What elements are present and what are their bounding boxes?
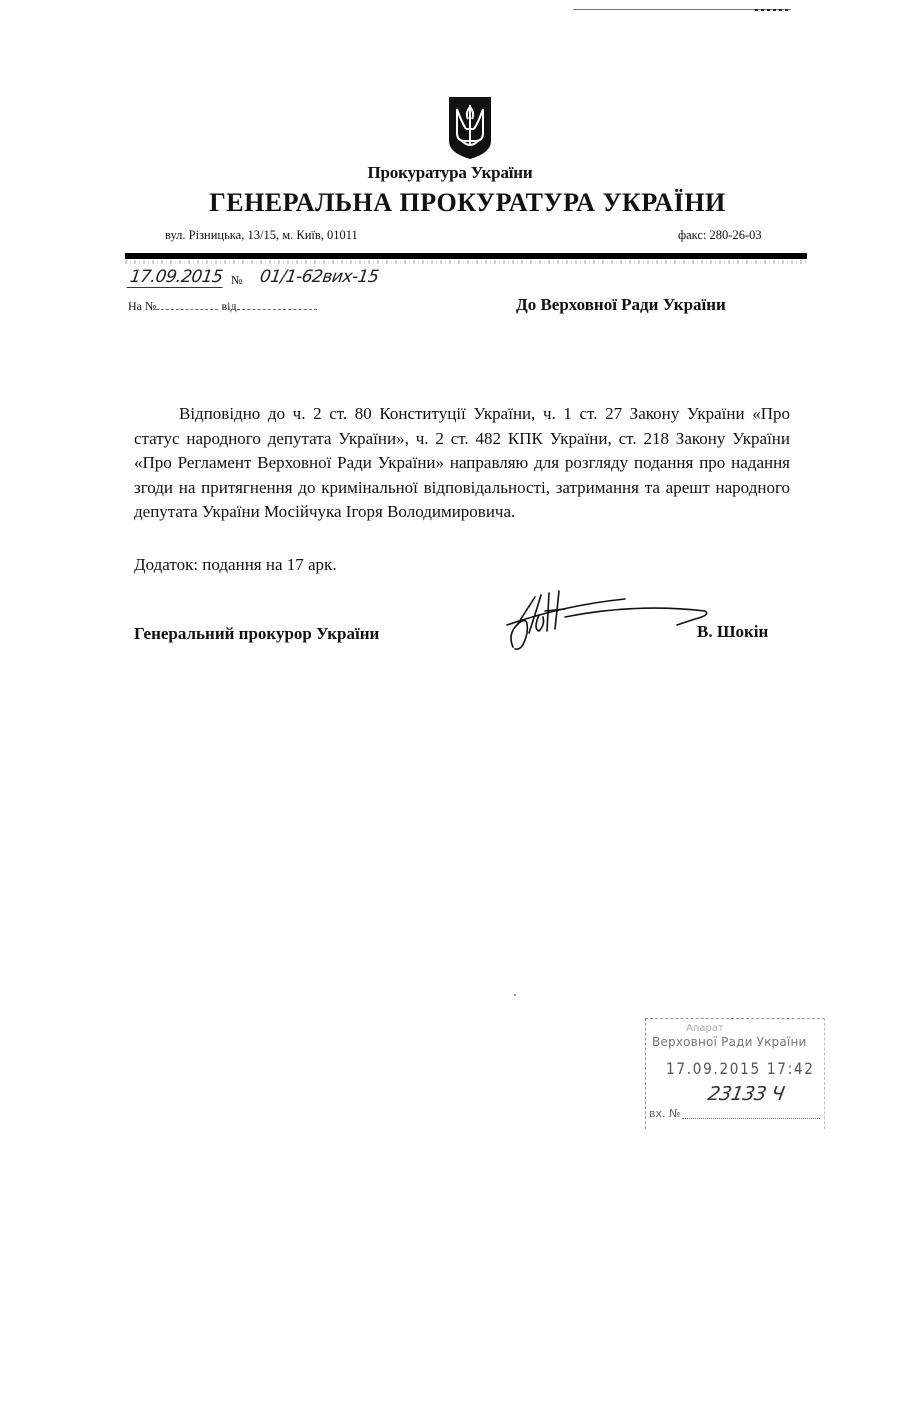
organization-subtitle: Прокуратура України bbox=[0, 163, 900, 183]
reply-number-label: На № bbox=[128, 299, 156, 313]
signatory-name: В. Шокін bbox=[697, 622, 768, 642]
stamp-incoming-number: 23133 Ч bbox=[706, 1083, 786, 1105]
registration-date: 17.09.2015 bbox=[127, 267, 226, 288]
trident-coat-of-arms-icon bbox=[447, 95, 493, 161]
stamp-organization: Верховної Ради України bbox=[652, 1035, 807, 1049]
handwritten-signature-icon bbox=[505, 585, 725, 660]
top-scan-dots bbox=[755, 9, 791, 11]
organization-title: ГЕНЕРАЛЬНА ПРОКУРАТУРА УКРАЇНИ bbox=[0, 188, 900, 218]
organization-address: вул. Різницька, 13/15, м. Київ, 01011 bbox=[165, 228, 358, 243]
appendix-note: Додаток: подання на 17 арк. bbox=[134, 555, 337, 575]
incoming-registration-stamp: Апарат Верховної Ради України 17.09.2015… bbox=[645, 1018, 825, 1129]
letterhead-rule-noise bbox=[125, 260, 807, 264]
registration-number: 01/1-62вих-15 bbox=[259, 267, 380, 287]
reply-number-blank bbox=[156, 309, 218, 310]
scan-speck bbox=[514, 994, 516, 996]
stamp-incoming-label: вх. № bbox=[649, 1107, 680, 1120]
addressee: До Верховної Ради України bbox=[516, 295, 726, 315]
letter-body: Відповідно до ч. 2 ст. 80 Конституції Ук… bbox=[134, 402, 790, 525]
organization-fax: факс: 280-26-03 bbox=[678, 228, 762, 243]
signatory-position: Генеральний прокурор України bbox=[134, 624, 379, 644]
reply-date-label: від bbox=[221, 299, 236, 313]
stamp-datetime: 17.09.2015 17:42 bbox=[666, 1059, 815, 1078]
reply-reference-line: На № від bbox=[128, 299, 317, 314]
letterhead-rule bbox=[125, 253, 807, 259]
stamp-incoming-line bbox=[682, 1118, 820, 1119]
stamp-header: Апарат bbox=[686, 1023, 724, 1034]
reply-date-blank bbox=[237, 309, 317, 310]
registration-number-label: № bbox=[231, 273, 242, 288]
body-paragraph: Відповідно до ч. 2 ст. 80 Конституції Ук… bbox=[134, 402, 790, 525]
